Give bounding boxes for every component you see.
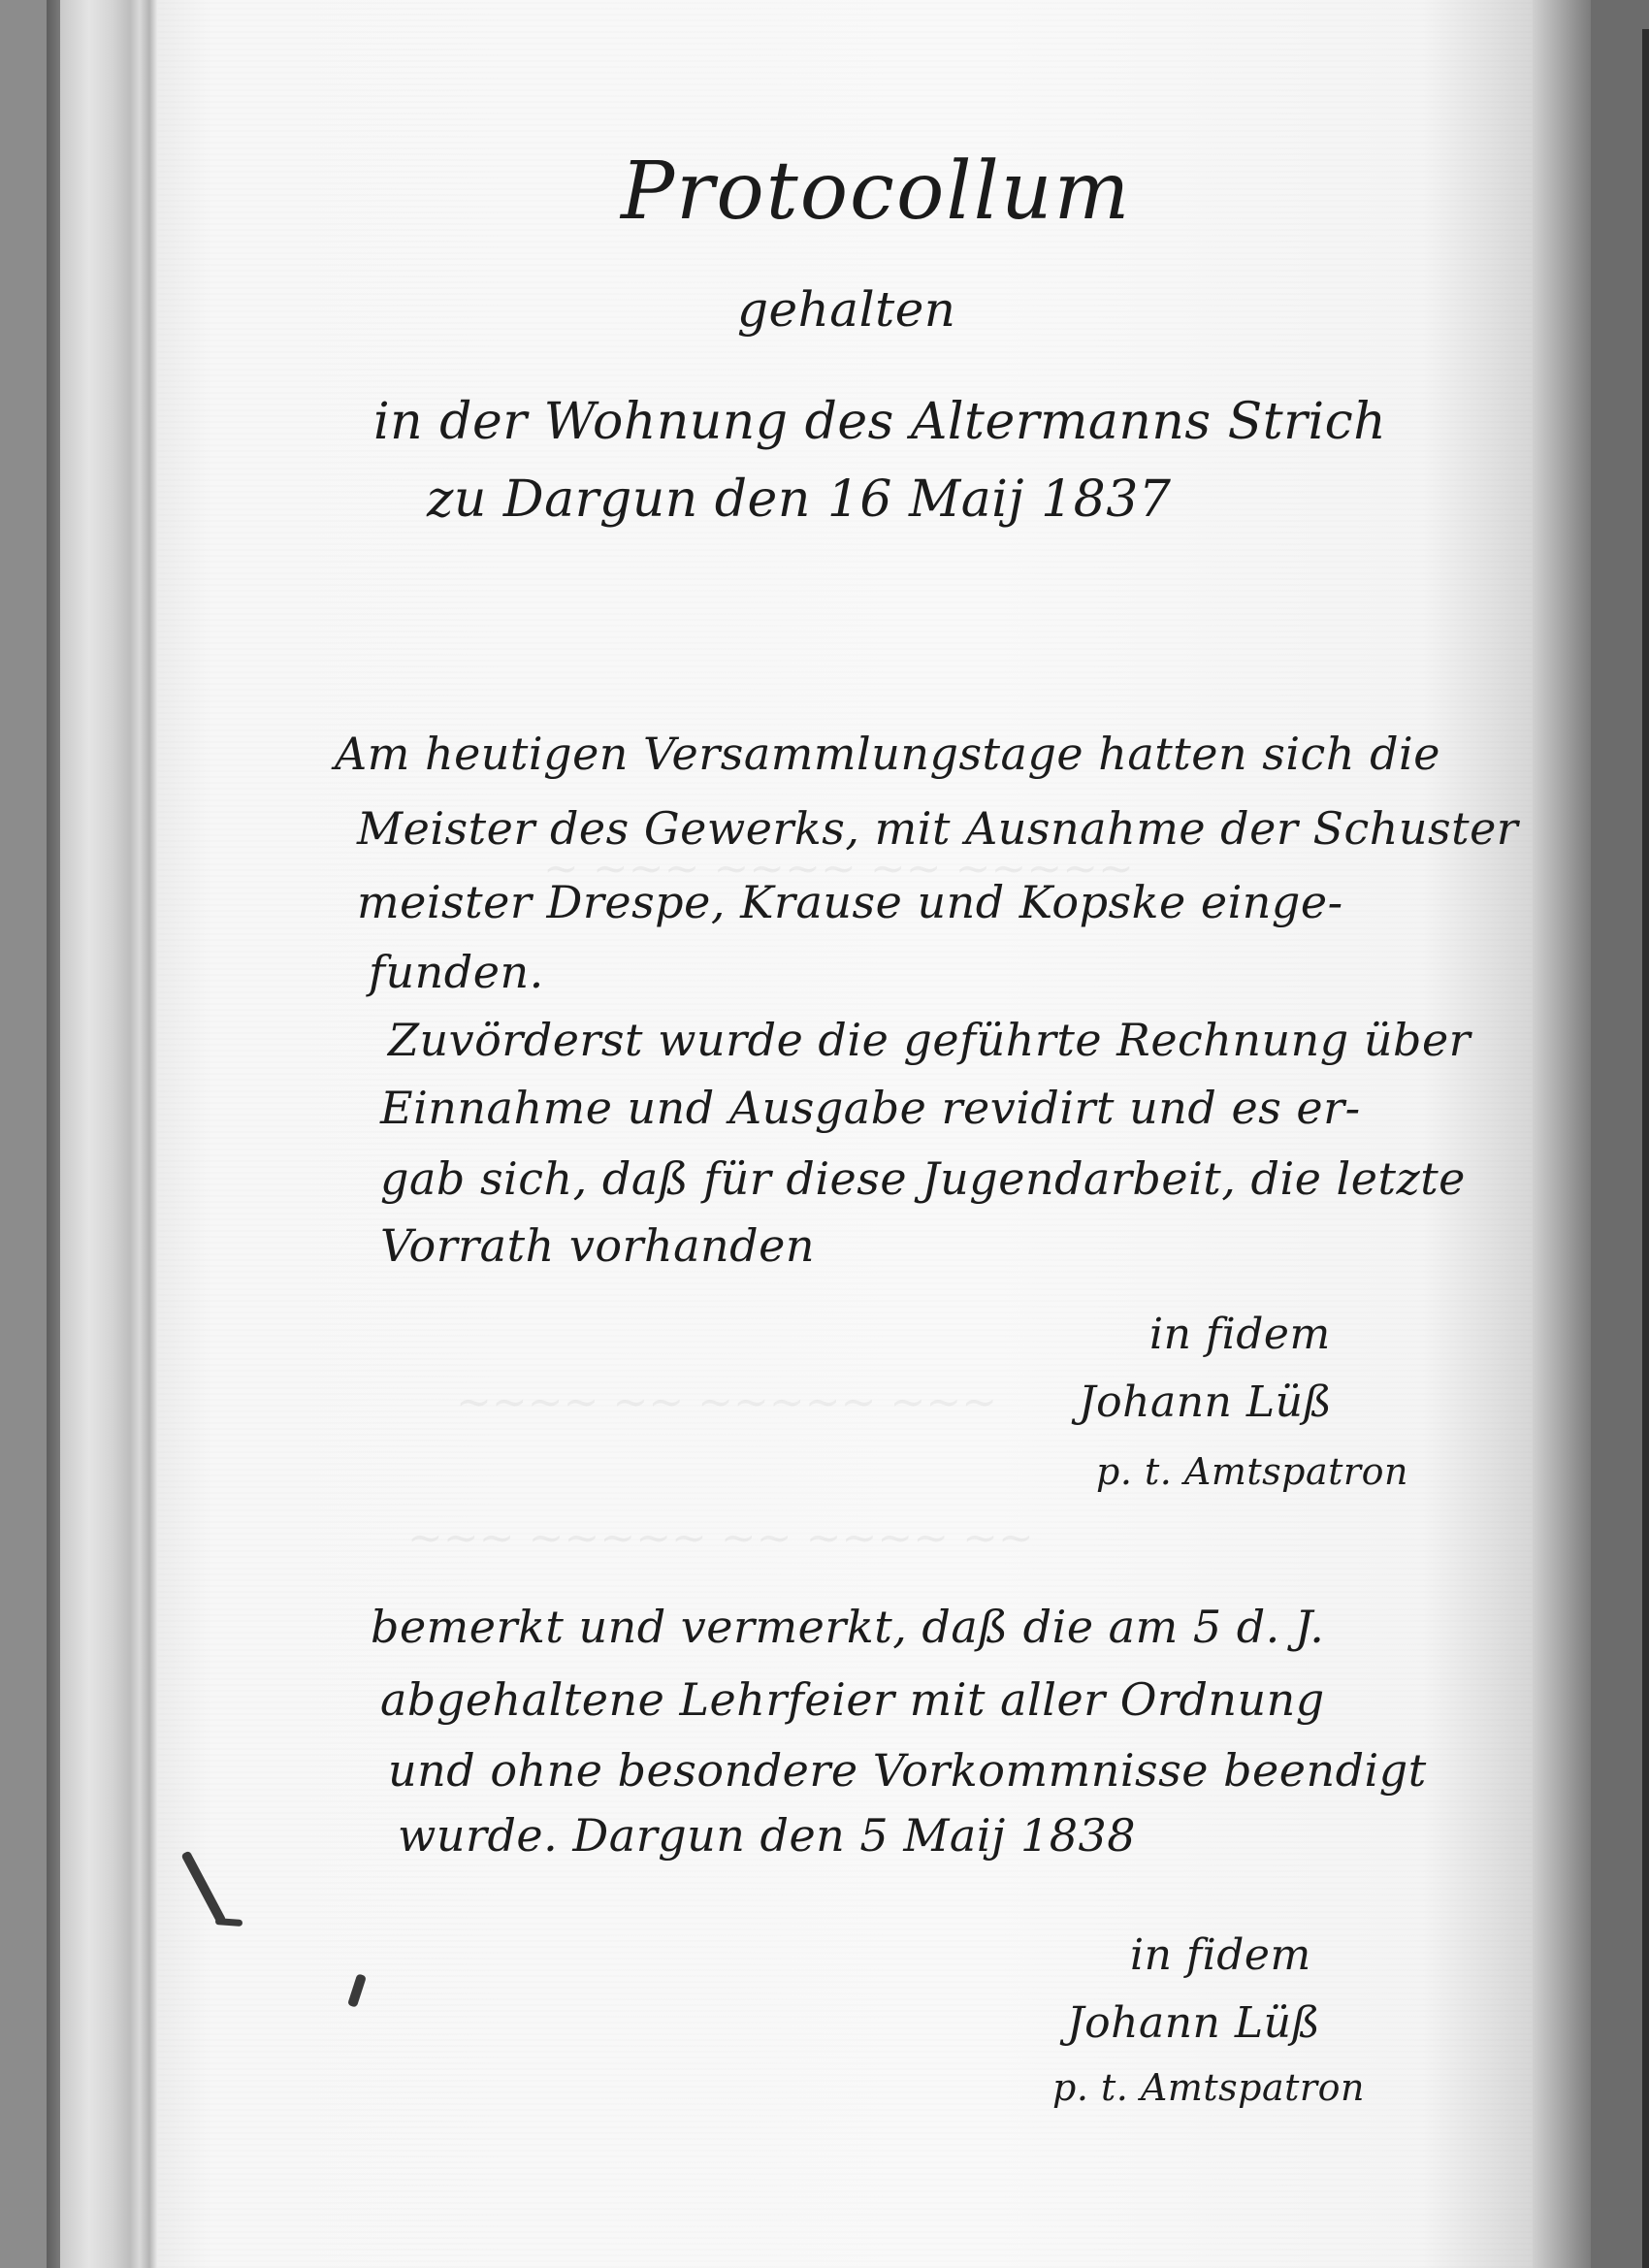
entry-1-line: Zuvörderst wurde die geführte Rechnung ü… <box>388 1009 1471 1071</box>
entry-1-line: Am heutigen Versammlungstage hatten sich… <box>335 723 1440 785</box>
entry-1-line: Meister des Gewerks, mit Ausnahme der Sc… <box>357 797 1518 859</box>
document-title: Protocollum <box>621 146 1131 238</box>
binding-shadow <box>47 0 60 2268</box>
book-binding-strip <box>60 0 157 2268</box>
document-subtitle: gehalten <box>737 281 955 338</box>
entry-1-line: meister Drespe, Krause und Kopske einge- <box>357 871 1343 933</box>
signature-name: Johann Lüß <box>1079 1377 1332 1427</box>
heading-location-line: in der Wohnung des Altermanns Strich <box>373 393 1386 451</box>
entry-1-line: funden. <box>369 941 544 1003</box>
signature-name: Johann Lüß <box>1067 1998 1320 2048</box>
entry-2-line: bemerkt und vermerkt, daß die am 5 d. J. <box>371 1596 1324 1658</box>
bleed-through-text: ~~~~ ~~ ~~~~~ ~~~ <box>456 1377 997 1427</box>
page-edge-shadow <box>1533 0 1591 2268</box>
entry-1-line: gab sich, daß für diese Jugendarbeit, di… <box>380 1148 1466 1210</box>
entry-1-line: Vorrath vorhanden <box>380 1215 815 1277</box>
entry-1-line: Einnahme und Ausgabe revidirt und es er- <box>380 1077 1361 1139</box>
signature-closing: in fidem <box>1149 1310 1331 1359</box>
entry-2-line: und ohne besondere Vorkommnisse beendigt <box>388 1739 1427 1801</box>
heading-date-line: zu Dargun den 16 Maij 1837 <box>427 470 1171 529</box>
entry-2-line: abgehaltene Lehrfeier mit aller Ordnung <box>380 1669 1325 1731</box>
bleed-through-text: ~~~ ~~~~~ ~~ ~~~~ ~~ <box>407 1513 1034 1563</box>
scanner-edge <box>1642 29 1649 2268</box>
signature-role: p. t. Amtspatron <box>1052 2066 1365 2109</box>
entry-2-line: wurde. Dargun den 5 Maij 1838 <box>398 1804 1136 1866</box>
signature-role: p. t. Amtspatron <box>1096 1450 1408 1493</box>
scanner-background-right <box>1591 0 1649 2268</box>
signature-closing: in fidem <box>1130 1930 1311 1980</box>
scanner-background-left <box>0 0 47 2268</box>
